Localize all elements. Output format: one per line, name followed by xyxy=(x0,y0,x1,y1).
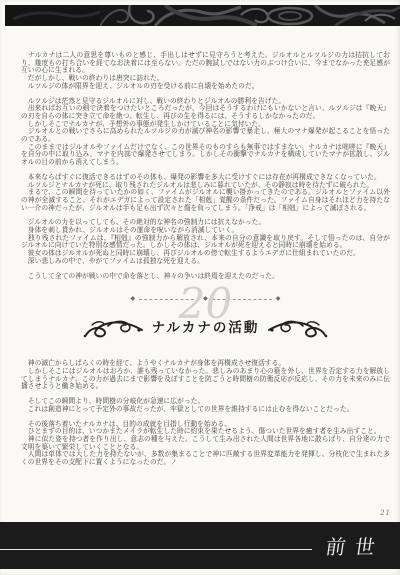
paragraph-block: 神の滅亡からしばらくの時を経て、ようやくナルカナが身体を再構成させ復活する。 し… xyxy=(21,360,390,391)
section-heading-row: ナルカナの活動 xyxy=(21,318,390,340)
paragraph: 神に似た姿を持つ者を作り出し、意志の種を与えた。こうして生み出された人間は世界各… xyxy=(21,436,390,451)
paragraph-block: そしてこの瞬間より、時間樹の分岐化が急速に広がった。 これは創造神にとって予定外… xyxy=(21,398,390,413)
section-heading-title: ナルカナの活動 xyxy=(152,325,260,333)
section-heading-block: 20 ナルカナの活動 xyxy=(21,308,390,354)
paragraph-block: その後落ち着いたナルカナは、目的の成就を目指し行動を始める。 ひとまずの目的は、… xyxy=(21,421,390,467)
paragraph: これは創造神にとって予定外の事故だったが、牢獄としての世界を維持するには止むを得… xyxy=(21,406,390,414)
paragraph-block: ルツルジは茫然と見守るジルオルに対し、戦いの終わりとジルオルの勝利を告げた。 出… xyxy=(21,98,390,167)
paragraph-block: 本来ならばすぐに復活できるはずのその体も、爆発の影響を多大に受けすぐには存在が再… xyxy=(21,174,390,213)
header-ornament-artwork xyxy=(5,5,400,26)
paragraph-block: ジルオルの力を以ってしても、その絶対的な神名の強制力には抗えなかった。 身体を刺… xyxy=(21,219,390,265)
body-text-column: ナルカナは二人の意思を尊いものと感じ、手出しはせずに見守ろうと考えた。ジルオルと… xyxy=(21,52,390,474)
footer-chapter-band: 前世 xyxy=(0,522,400,569)
paragraph: このままではジルオルやファイムだけでなく、この世界そのものすらも無事ではすまない… xyxy=(21,144,390,167)
section-narukana-activity-text: 神の滅亡からしばらくの時を経て、ようやくナルカナが身体を再構成させ復活する。 し… xyxy=(21,360,390,466)
page-number: 21 xyxy=(380,509,391,517)
paragraph: 人間は単体では大した力を持たないが、多数が集まることで神に匹敵する世界変革能力を… xyxy=(21,451,390,466)
paragraph: まるで、この瞬間を待っていたかの如く、ファイムがジルオルに襲い掛かってきたのであ… xyxy=(21,189,390,212)
paragraph: ルツルジの体が限界を迎え、ジルオルの刃を受ける前に自壊を始めたのだ。 xyxy=(21,83,390,91)
section-previous-war-text: ナルカナは二人の意思を尊いものと感じ、手出しはせずに見守ろうと考えた。ジルオルと… xyxy=(21,52,390,280)
footer-rule-line xyxy=(0,549,312,550)
scanned-book-page: ナルカナは二人の意思を尊いものと感じ、手出しはせずに見守ろうと考えた。ジルオルと… xyxy=(0,0,400,575)
paragraph: 独り残されたファイムは、『相剋』の強制力から解放され、本来の自分の意識を取り戻す… xyxy=(21,235,390,250)
header-ornament-band xyxy=(5,5,400,26)
flourish-swirl-icon xyxy=(82,318,144,340)
paragraph: ジルオルとの戦いでさらに高められたルツルジの力が滅び神名の影響で暴走し、極大のマ… xyxy=(21,128,390,143)
paragraph: しかしそこにはジルオルはおろか、誰も残っていなかった。悲しみのあまり心の箍を外し… xyxy=(21,368,390,391)
footer-chapter-title: 前世 xyxy=(324,531,386,560)
flourish-swirl-icon xyxy=(267,318,329,340)
paragraph: ナルカナは二人の意思を尊いものと感じ、手出しはせずに見守ろうと考えた。ジルオルと… xyxy=(21,52,390,75)
chapter-number-watermark: 20 xyxy=(21,300,390,308)
paragraph-block: ナルカナは二人の意思を尊いものと感じ、手出しはせずに見守ろうと考えた。ジルオルと… xyxy=(21,52,390,91)
paragraph: 深い悲しみの中で、やがてファイムは孤独な死を迎える。 xyxy=(21,258,390,266)
paragraph: 出来ればお互いの剣で決着をつけたいところだったが、今回はそうするわけにもいかない… xyxy=(21,105,390,120)
